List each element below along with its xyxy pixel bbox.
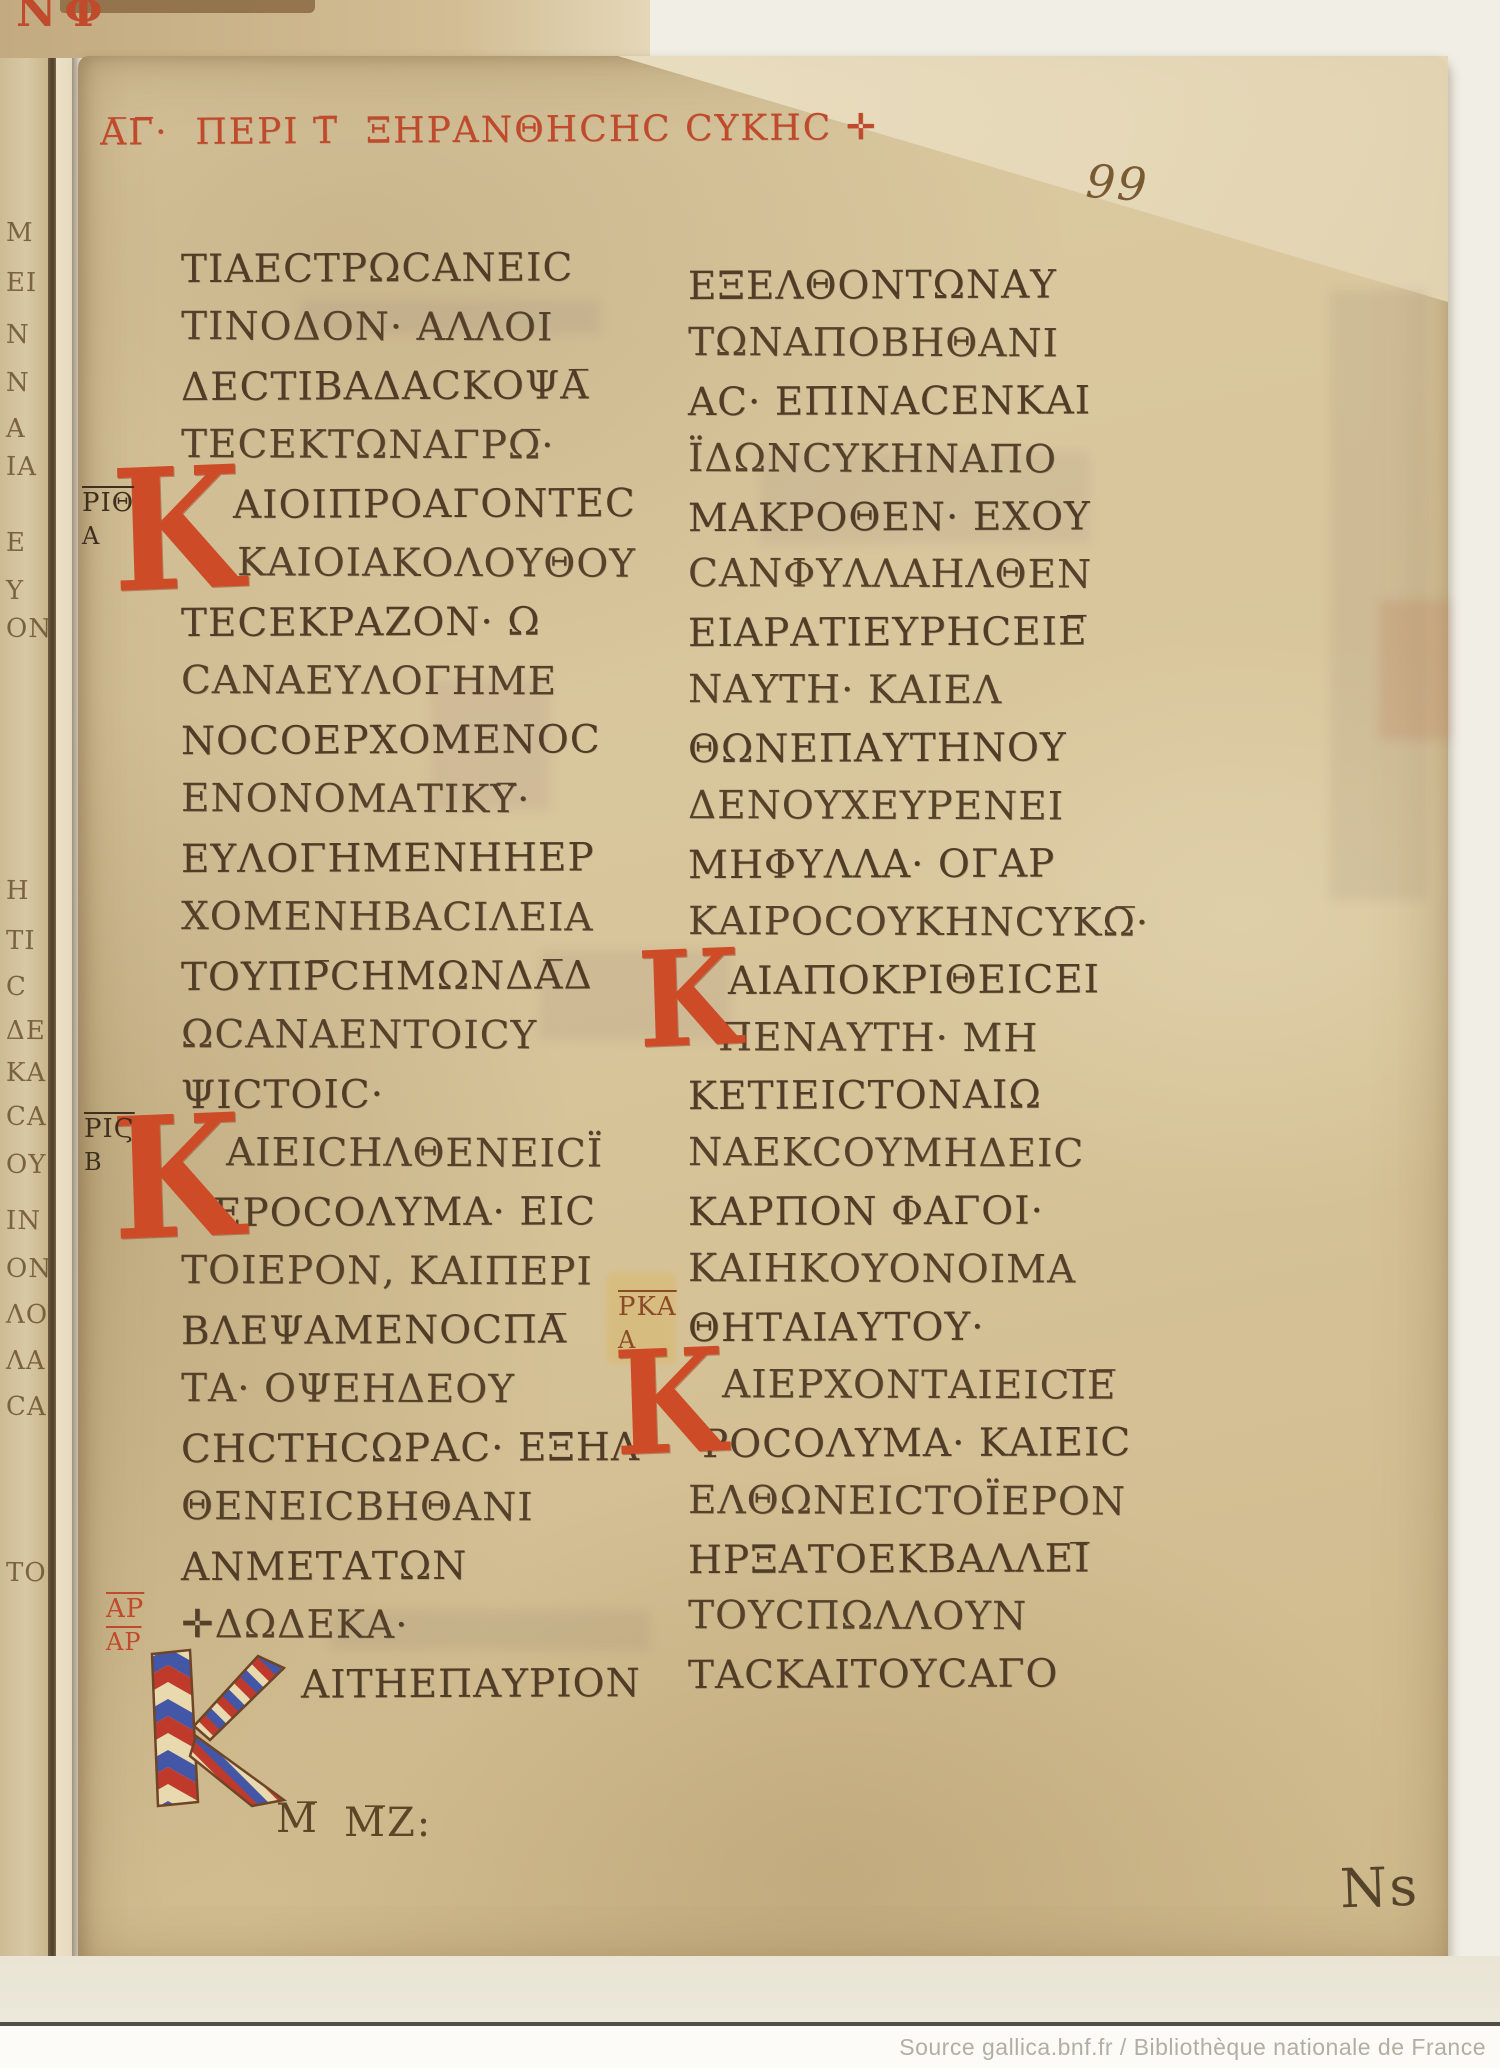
manuscript-line: ΑΙΟΙΠΡΟΑΓΟΝΤΕC bbox=[181, 481, 701, 542]
manuscript-line: ΤΕCΕΚΤΩΝΑΓΡΩ̅· bbox=[181, 422, 701, 483]
manuscript-line: ΑΝΜΕΤΑΤΩΝ bbox=[181, 1543, 701, 1604]
manuscript-line: ΤΩΝΑΠΟΒΗΘΑΝΙ bbox=[688, 320, 1208, 380]
manuscript-line: ΑΙΑΠΟΚΡΙΘΕΙCΕΙ bbox=[688, 957, 1208, 1017]
lection-bottom: ΑΡ bbox=[106, 1628, 144, 1656]
quire-mark: Μ̅ bbox=[276, 1796, 319, 1842]
text-column-right: ΕΞΕΛΘΟΝΤΩΝΑΥΤΩΝΑΠΟΒΗΘΑΝΙΑC· ΕΠΙΝΑCΕΝΚΑΙΪ… bbox=[688, 263, 1208, 1710]
manuscript-line: ΔΕCΤΙΒΑΔΑCΚΟΨΑ̅ bbox=[181, 363, 701, 424]
ornate-initial-K-drawing bbox=[138, 1648, 308, 1808]
manuscript-line: ΤΕCΕΚΡΑΖΟΝ· Ω bbox=[181, 599, 701, 660]
manuscript-line: ΘΕΝΕΙCΒΗΘΑΝΙ bbox=[181, 1484, 701, 1545]
gutter-highlight bbox=[56, 0, 72, 2022]
manuscript-line: ΘΩΝΕΠΑΥΤΗΝΟΥ bbox=[688, 725, 1208, 785]
manuscript-scan-page: ΜΕΙΝΝΑΙΑΕΥΟΝΗΤΙCΔΕΚΑCΑΙΟΥCΙΝΟΝΛΟΥΛΑCΑΙΤΟ… bbox=[0, 0, 1500, 2068]
manuscript-line: ΝΟCΟΕΡΧΟΜΕΝΟC bbox=[181, 717, 701, 778]
edge-letter: ΙΝ bbox=[6, 1206, 41, 1236]
manuscript-line: CΑΝΑΕΥΛΟΓΗΜΕ bbox=[181, 658, 701, 719]
manuscript-line: ΑΙΕΙCΗΛΘΕΝΕΙCΪ bbox=[181, 1130, 701, 1191]
margin-section-119: ΡΙΘ Α bbox=[82, 488, 134, 550]
folio-number: 99 bbox=[1084, 154, 1150, 212]
cropped-rubric-fragment: ΝΦ bbox=[16, 0, 126, 42]
library-mark: Ns bbox=[1339, 1855, 1420, 1921]
section-number: ΡΙΘ bbox=[82, 488, 134, 518]
edge-letter: ΕΙ bbox=[6, 268, 38, 298]
text-column-left: ΤΙΑΕCΤΡΩCΑΝΕΙCΤΙΝΟΔΟΝ· ΑΛΛΟΙΔΕCΤΙΒΑΔΑCΚΟ… bbox=[181, 246, 701, 1721]
manuscript-line: ΑΙΕΡΧΟΝΤΑΙΕΙCΙ̅Ε̅ bbox=[688, 1362, 1208, 1422]
edge-letter: Ε bbox=[6, 528, 26, 558]
manuscript-line: ΘΗΤΑΙΑΥΤΟΥ· bbox=[688, 1304, 1208, 1364]
scan-bed bbox=[0, 1956, 1500, 2022]
manuscript-line: ΕΡΟCΟΛΥΜΑ· ΕΙC bbox=[181, 1189, 701, 1250]
gallica-footer: Source gallica.bnf.fr / Bibliothèque nat… bbox=[0, 2022, 1500, 2068]
cropped-rubric-letters: ΝΦ bbox=[16, 0, 111, 37]
quire-mark: Μ̅Ζ: bbox=[344, 1800, 432, 1846]
edge-letter: ΤΟ bbox=[6, 1558, 47, 1588]
manuscript-line: ΕΛΘΩΝΕΙCΤΟΪΕΡΟΝ bbox=[688, 1478, 1208, 1538]
edge-letter: ΙΑ bbox=[6, 452, 37, 482]
ornate-initial-K bbox=[138, 1648, 308, 1812]
manuscript-line: ΝΑΥΤΗ· ΚΑΙΕΛ bbox=[688, 667, 1208, 727]
manuscript-line: ΕΞΕΛΘΟΝΤΩΝΑΥ bbox=[688, 262, 1208, 322]
manuscript-line: ΚΑΙΟΙΑΚΟΛΟΥΘΟΥ bbox=[181, 540, 701, 601]
manuscript-line: ΜΗΦΥΛΛΑ· ΟΓΑΡ bbox=[688, 841, 1208, 901]
manuscript-photo: ΜΕΙΝΝΑΙΑΕΥΟΝΗΤΙCΔΕΚΑCΑΙΟΥCΙΝΟΝΛΟΥΛΑCΑΙΤΟ… bbox=[0, 0, 1500, 2022]
manuscript-line: ΕΙΑΡΑΤΙΕΥΡΗCΕΙΕ̅ bbox=[688, 609, 1208, 669]
edge-letter: ΟΝ bbox=[6, 614, 52, 644]
manuscript-line: ΤΟΥΠΡ̅CΗΜΩΝΔΑ̅Δ bbox=[181, 953, 701, 1014]
edge-letter: Μ bbox=[6, 218, 34, 248]
manuscript-line: ΚΑΙΡΟCΟΥΚΗΝCΥΚΩ̅· bbox=[688, 899, 1208, 959]
edge-letter: ΟΝ bbox=[6, 1254, 52, 1284]
manuscript-line: ΕΝΟΝΟΜΑΤΙΚΥ̅· bbox=[181, 776, 701, 837]
edge-letter: ΔΕ bbox=[6, 1016, 46, 1046]
manuscript-line: ΨΙCΤΟΙC· bbox=[181, 1071, 701, 1132]
manuscript-line: ΝΑΕΚCΟΥΜΗΔΕΙC bbox=[688, 1130, 1208, 1190]
section-number: ΡΚΑ bbox=[618, 1292, 677, 1322]
manuscript-line: ΧΟΜΕΝΗΒΑCΙΛΕΙΑ bbox=[181, 894, 701, 955]
edge-letter: C bbox=[6, 972, 27, 1002]
edge-letter: Ν bbox=[6, 320, 30, 350]
manuscript-line: ΡΟCΟΛΥΜΑ· ΚΑΙΕΙC bbox=[688, 1420, 1208, 1480]
edge-letter: ΛΑ bbox=[6, 1346, 46, 1376]
edge-letter: Η bbox=[6, 876, 30, 906]
manuscript-line: ΑC· ΕΠΙΝΑCΕΝΚΑΙ bbox=[688, 378, 1208, 438]
manuscript-line: ΤΑCΚΑΙΤΟΥCΑΓΟ bbox=[688, 1651, 1208, 1711]
gutter-shadow-line bbox=[48, 0, 56, 2022]
lection-top: ΑΡ bbox=[106, 1594, 144, 1624]
rubric-title: Α̅Γ̅· ΠΕΡΙ Τ̅ ΞΗΡΑΝΘΗCΗC CΥΚΗC ✛ bbox=[100, 107, 820, 153]
manuscript-line: ΤΙΑΕCΤΡΩCΑΝΕΙC bbox=[181, 245, 701, 306]
canon-number: Α bbox=[618, 1326, 677, 1354]
manuscript-line: ΤΟΥCΠΩΛΛΟΥΝ bbox=[688, 1594, 1208, 1654]
book-gutter: ΜΕΙΝΝΑΙΑΕΥΟΝΗΤΙCΔΕΚΑCΑΙΟΥCΙΝΟΝΛΟΥΛΑCΑΙΤΟ bbox=[0, 0, 80, 2022]
manuscript-line: ΕΥΛΟΓΗΜΕΝΗΗΕΡ bbox=[181, 835, 701, 896]
manuscript-line: ΠΕΝΑΥΤΗ· ΜΗ bbox=[688, 1015, 1208, 1075]
section-number: ΡΙϚ bbox=[84, 1114, 135, 1144]
edge-letter: Α bbox=[6, 414, 26, 444]
manuscript-line: ΜΑΚΡΟΘΕΝ· ΕΧΟΥ bbox=[688, 493, 1208, 553]
edge-letter: ΤΙ bbox=[6, 926, 36, 956]
facing-page-sliver: ΜΕΙΝΝΑΙΑΕΥΟΝΗΤΙCΔΕΚΑCΑΙΟΥCΙΝΟΝΛΟΥΛΑCΑΙΤΟ bbox=[0, 0, 48, 2022]
edge-letter: Ν bbox=[6, 368, 30, 398]
manuscript-line: ΚΑΙΗΚΟΥΟΝΟΙΜΑ bbox=[688, 1246, 1208, 1306]
manuscript-line: ΪΔΩΝCΥΚΗΝΑΠΟ bbox=[688, 436, 1208, 496]
canon-number: Α bbox=[82, 522, 134, 550]
manuscript-line: ΤΙΝΟΔΟΝ· ΑΛΛΟΙ bbox=[181, 304, 701, 365]
drop-cap-K: Κ bbox=[636, 944, 742, 1054]
edge-letter: Υ bbox=[6, 576, 24, 606]
manuscript-line: ΗΡΞΑΤΟΕΚΒΑΛΛΕΙ̅ bbox=[688, 1535, 1208, 1595]
manuscript-line: ΩCΑΝΑΕΝΤΟΙCΥ bbox=[181, 1012, 701, 1073]
drop-cap-K: Κ bbox=[612, 1344, 727, 1463]
canon-number: Β bbox=[84, 1148, 135, 1176]
margin-lection-mark: ΑΡ ΑΡ bbox=[106, 1594, 144, 1656]
footer-credit: Source gallica.bnf.fr / Bibliothèque nat… bbox=[899, 2034, 1486, 2061]
edge-letter: ΚΑ bbox=[6, 1058, 46, 1088]
margin-section-116: ΡΙϚ Β bbox=[84, 1114, 135, 1176]
margin-section-121: ΡΚΑ Α bbox=[618, 1292, 677, 1354]
manuscript-line: CΑΝΦΥΛΛΑΗΛΘΕΝ bbox=[688, 552, 1208, 612]
manuscript-line: ΚΑΡΠΟΝ ΦΑΓΟΙ· bbox=[688, 1188, 1208, 1248]
manuscript-line: ΔΕΝΟΥΧΕΥΡΕΝΕΙ bbox=[688, 783, 1208, 843]
manuscript-line: ΚΕΤΙΕΙCΤΟΝΑΙΩ bbox=[688, 1072, 1208, 1132]
